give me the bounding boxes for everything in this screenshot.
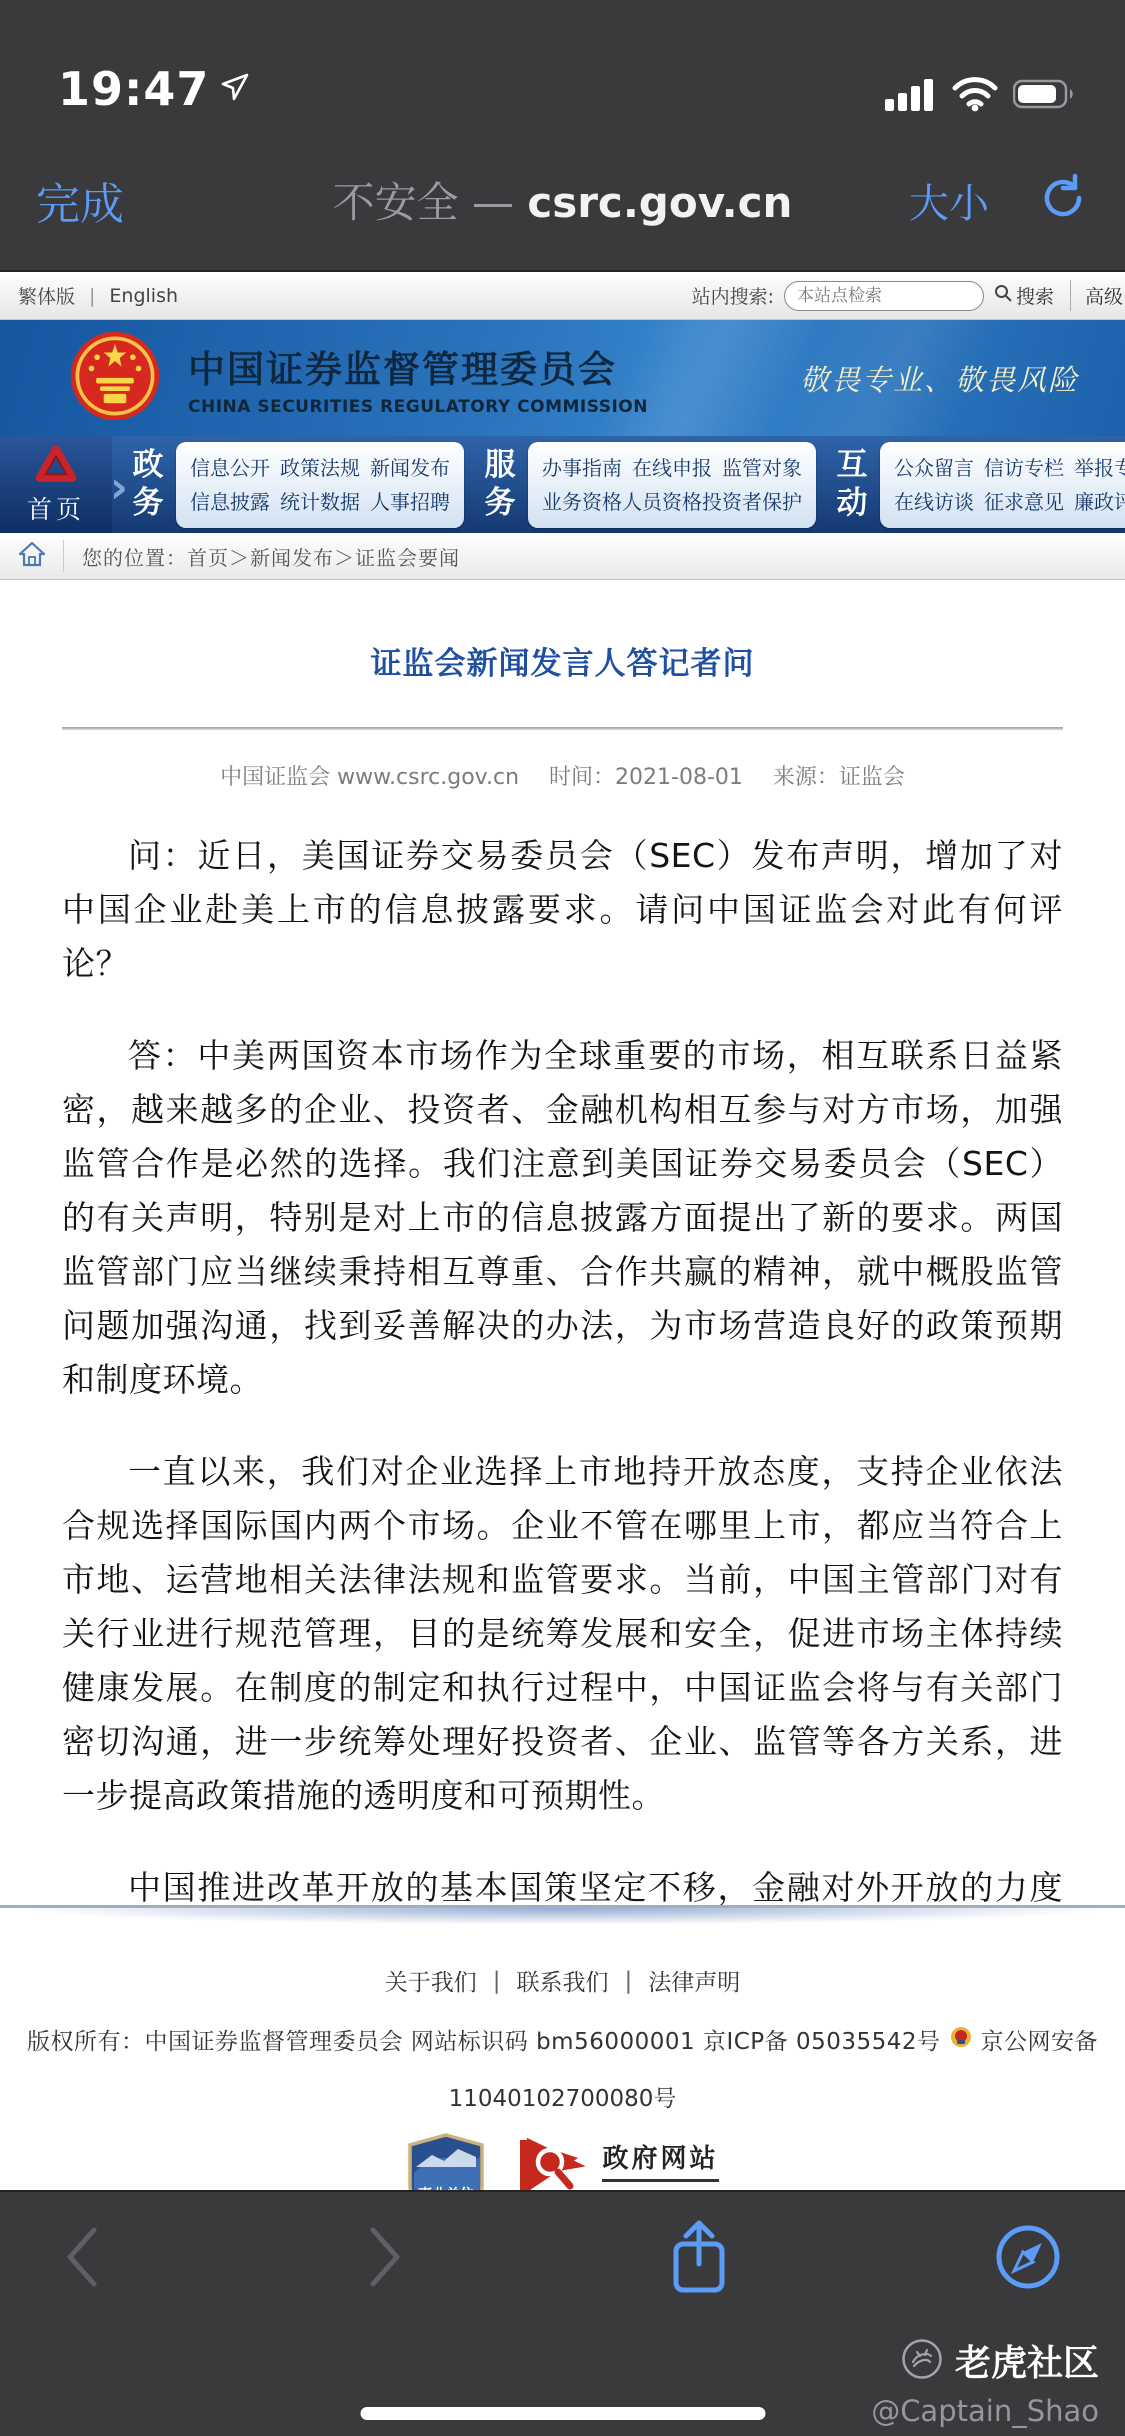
article-body: 问：近日，美国证券交易委员会（SEC）发布声明，增加了对中国企业赴美上市的信息披… [62,829,1063,1905]
paragraph: 答：中美两国资本市场作为全球重要的市场，相互联系日益紧密，越来越多的企业、投资者… [62,1029,1063,1407]
location-arrow-icon [219,70,253,108]
footer-link-about[interactable]: 关于我们 [385,1964,477,1997]
nav-link[interactable]: 在线申报 [632,451,712,485]
breadcrumb-bar: 您的位置：首页＞新闻发布＞证监会要闻 [0,533,1125,580]
finderror-label-top: 政府网站 [602,2138,718,2182]
nav-link[interactable]: 政策法规 [280,451,360,485]
nav-box: 办事指南 在线申报 监管对象 业务资格 人员资格 投资者保护 [528,442,816,528]
site-search-label: 站内搜索: [692,282,774,309]
copyright-text: 版权所有：中国证券监督管理委员会 网站标识码 bm56000001 京ICP备 … [27,2023,941,2056]
nav-link[interactable]: 信访专栏 [984,451,1064,485]
site-title: 中国证券监督管理委员会 [188,339,648,393]
footer-link-separator: | [625,1968,633,1994]
national-emblem-icon [68,329,162,427]
footer-link-contact[interactable]: 联系我们 [517,1964,609,1997]
beian-number: 11040102700080号 [0,2080,1125,2113]
watermark: 老虎社区 @Captain_Shao [871,2335,1099,2428]
nav-link[interactable]: 公众留言 [894,451,974,485]
text-size-button[interactable]: 大小 [909,172,989,229]
nav-group-service: 服务 办事指南 在线申报 监管对象 业务资格 人员资格 投资者保护 [476,442,816,528]
article-source-site: 中国证监会 www.csrc.gov.cn [220,760,519,791]
breadcrumb: 您的位置：首页＞新闻发布＞证监会要闻 [82,542,460,571]
tiger-logo-icon [901,2338,943,2384]
traditional-version-link[interactable]: 繁体版 [18,282,75,309]
paragraph: 中国推进改革开放的基本国策坚定不移，金融对外开放的力度会不断加大。下一步，将继续… [62,1861,1063,1905]
article-time: 时间：2021-08-01 [549,760,743,791]
forward-icon[interactable] [365,2224,405,2294]
nav-home-label: 首页 [27,490,85,526]
home-icon[interactable] [18,540,46,572]
nav-box: 信息公开 政策法规 新闻发布 信息披露 统计数据 人事招聘 [176,442,464,528]
share-icon[interactable] [668,2218,730,2300]
watermark-name: 老虎社区 [955,2335,1099,2386]
advanced-search-link[interactable]: 高级 [1070,280,1125,311]
site-search-button[interactable]: 搜索 [994,282,1054,309]
beian-label[interactable]: 京公网安备 [981,2023,1099,2056]
nav-link[interactable]: 投资者保护 [702,485,802,519]
csrc-logo-icon [34,444,78,488]
nav-link[interactable]: 人事招聘 [370,485,450,519]
nav-link[interactable]: 业务资格 [542,485,622,519]
title-divider [62,727,1063,730]
site-utility-bar: 繁体版 | English 站内搜索: 搜索 高级 [0,272,1125,320]
nav-link[interactable]: 统计数据 [280,485,360,519]
insecure-label: 不安全 [333,178,459,227]
domain-label: csrc.gov.cn [527,178,792,227]
article-origin: 来源：证监会 [773,760,905,791]
site-banner: 中国证券监督管理委员会 CHINA SECURITIES REGULATORY … [0,320,1125,436]
iphone-screen: 19:47 [0,0,1125,2436]
search-button-label: 搜索 [1016,282,1054,309]
article: 证监会新闻发言人答记者问 中国证监会 www.csrc.gov.cn 时间：20… [0,580,1125,1905]
paragraph: 一直以来，我们对企业选择上市地持开放态度，支持企业依法合规选择国际国内两个市场。… [62,1445,1063,1823]
site-subtitle: CHINA SECURITIES REGULATORY COMMISSION [188,397,648,417]
nav-link[interactable]: 办事指南 [542,451,622,485]
nav-home[interactable]: 首页 [0,436,112,533]
nav-link[interactable]: 举报专栏 [1074,451,1125,485]
nav-group-label: 服务 [482,447,518,521]
cellular-signal-icon [885,77,937,115]
main-navigation: 首页 政务 信息公开 政策法规 新闻发布 信息披露 统计数据 人事招聘 [0,436,1125,533]
nav-link[interactable]: 新闻发布 [370,451,450,485]
nav-group-interaction: 互动 公众留言 信访专栏 举报专栏 在线访谈 征求意见 廉政评议 [828,442,1125,528]
dash-separator: — [472,178,514,227]
clock: 19:47 [58,62,209,116]
reload-icon[interactable] [1037,172,1089,228]
magnifier-icon [994,284,1012,307]
watermark-handle: @Captain_Shao [871,2394,1099,2428]
browser-toolbar: 老虎社区 @Captain_Shao [0,2190,1125,2436]
nav-link[interactable]: 征求意见 [984,485,1064,519]
browser-url-bar: 完成 不安全 — csrc.gov.cn 大小 [0,130,1125,272]
open-in-safari-icon[interactable] [993,2222,1063,2296]
wifi-icon [951,76,999,116]
webpage: 繁体版 | English 站内搜索: 搜索 高级 [0,272,1125,2190]
back-icon[interactable] [62,2224,102,2294]
nav-link[interactable]: 人员资格 [622,485,702,519]
english-version-link[interactable]: English [109,285,178,307]
nav-link[interactable]: 在线访谈 [894,485,974,519]
nav-group-label: 政务 [130,447,166,521]
footer-link-separator: | [493,1968,501,1994]
nav-group-government: 政务 信息公开 政策法规 新闻发布 信息披露 统计数据 人事招聘 [124,442,464,528]
article-title: 证监会新闻发言人答记者问 [62,638,1063,683]
nav-box: 公众留言 信访专栏 举报专栏 在线访谈 征求意见 廉政评议 [880,442,1125,528]
utility-separator: | [89,285,95,307]
site-search-input[interactable] [784,281,984,311]
nav-link[interactable]: 信息披露 [190,485,270,519]
nav-link[interactable]: 监管对象 [722,451,802,485]
site-slogan: 敬畏专业、敬畏风险 [800,358,1079,399]
nav-link[interactable]: 廉政评议 [1074,485,1125,519]
footer-divider-shadow [0,1908,1125,1932]
home-indicator[interactable] [360,2407,765,2420]
footer-link-legal[interactable]: 法律声明 [648,1964,740,1997]
nav-link[interactable]: 信息公开 [190,451,270,485]
paragraph: 问：近日，美国证券交易委员会（SEC）发布声明，增加了对中国企业赴美上市的信息披… [62,829,1063,991]
battery-icon [1013,79,1075,113]
nav-group-label: 互动 [834,447,870,521]
status-bar: 19:47 [0,0,1125,130]
article-meta: 中国证监会 www.csrc.gov.cn 时间：2021-08-01 来源：证… [62,760,1063,791]
site-footer: 关于我们 | 联系我们 | 法律声明 版权所有：中国证券监督管理委员会 网站标识… [0,1905,1125,2190]
police-badge-icon [949,2025,973,2055]
